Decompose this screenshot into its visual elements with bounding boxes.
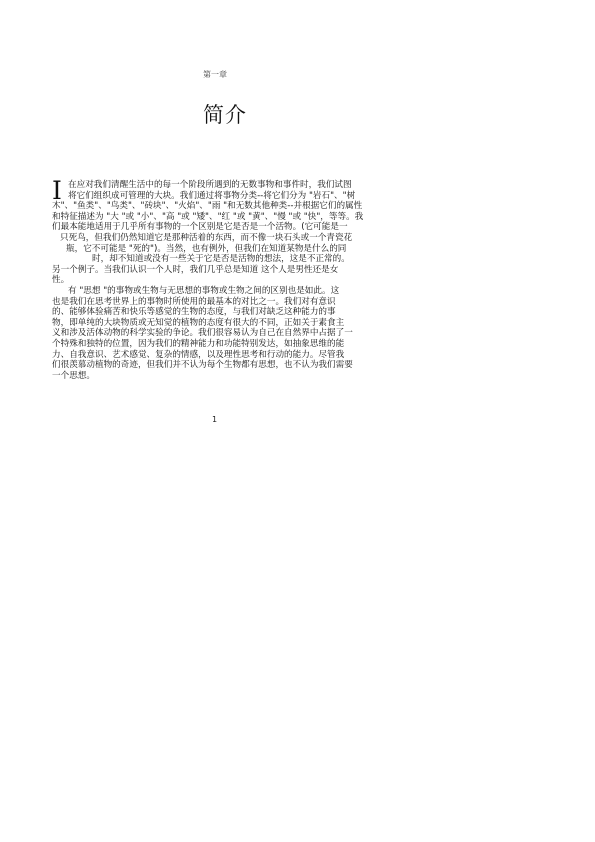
text-line: 们最本能地适用于几乎所有事物的一个区别是它是否是一个活物。(它可能是一 (52, 222, 382, 233)
text-line: 性。 (52, 275, 382, 286)
page-number: 1 (212, 415, 217, 424)
chapter-label: 第一章 (203, 69, 227, 80)
text-line: 将它们组织成可管理的大块。我们通过将事物分类--将它们分为 "岩石"、"树 (52, 191, 382, 202)
text-line: 在应对我们清醒生活中的每一个阶段所遇到的无数事物和事件时，我们试图 (52, 180, 382, 191)
text-line: 和特征描述为 "大 "或 "小"、"高 "或 "矮"、"红 "或 "黄"、"慢 … (52, 212, 382, 223)
text-line: 木"、"鱼类"、"鸟类"、"砖块"、"火焰"、"雨 "和无数其他种类--并根据它… (52, 201, 382, 212)
text-line: 力、自我意识、艺术感觉、复杂的情感，以及理性思考和行动的能力。尽管我 (52, 350, 382, 361)
text-line: 另一个例子。当我们认识一个人时，我们几乎总是知道 这个人是男性还是女 (52, 265, 382, 276)
chapter-title: 简介 (203, 99, 247, 129)
text-line: 时，却不知道或没有一些关于它是否是活物的想法，这是不正常的。 (52, 254, 382, 265)
text-line: 只死鸟，但我们仍然知道它是那种活着的东西，而不像一块石头或一个青瓷花 (52, 233, 382, 244)
text-line: 也是我们在思考世界上的事物时所使用的最基本的对比之一。我们对有意识 (52, 297, 382, 308)
text-line: 瓶，它不可能是 "死的")。当然，也有例外，但我们在知道某物是什么的同 (52, 244, 382, 255)
text-line: 们很羡慕动植物的奇迹，但我们并不认为每个生物都有思想，也不认为我们需要 (52, 360, 382, 371)
text-line: 个特殊和独特的位置，因为我们的精神能力和功能特别发达，如抽象思维的能 (52, 339, 382, 350)
body-text: 在应对我们清醒生活中的每一个阶段所遇到的无数事物和事件时，我们试图 将它们组织成… (52, 180, 382, 381)
text-line: 物，即单纯的大块物质或无知觉的植物的态度有很大的不同，正如关于素食主 (52, 318, 382, 329)
paragraph-2: 有 "思想 "的事物或生物与无思想的事物或生物之间的区别也是如此。这 也是我们在… (52, 286, 382, 381)
paragraph-1: 在应对我们清醒生活中的每一个阶段所遇到的无数事物和事件时，我们试图 将它们组织成… (52, 180, 382, 286)
text-line: 的、能够体验痛苦和快乐等感觉的生物的态度，与我们对缺乏这种能力的事 (52, 307, 382, 318)
text-line: 有 "思想 "的事物或生物与无思想的事物或生物之间的区别也是如此。这 (52, 286, 382, 297)
text-line: 义和涉及活体动物的科学实验的争论。我们很容易认为自己在自然界中占据了一 (52, 328, 382, 339)
text-line: 一个思想。 (52, 371, 382, 382)
